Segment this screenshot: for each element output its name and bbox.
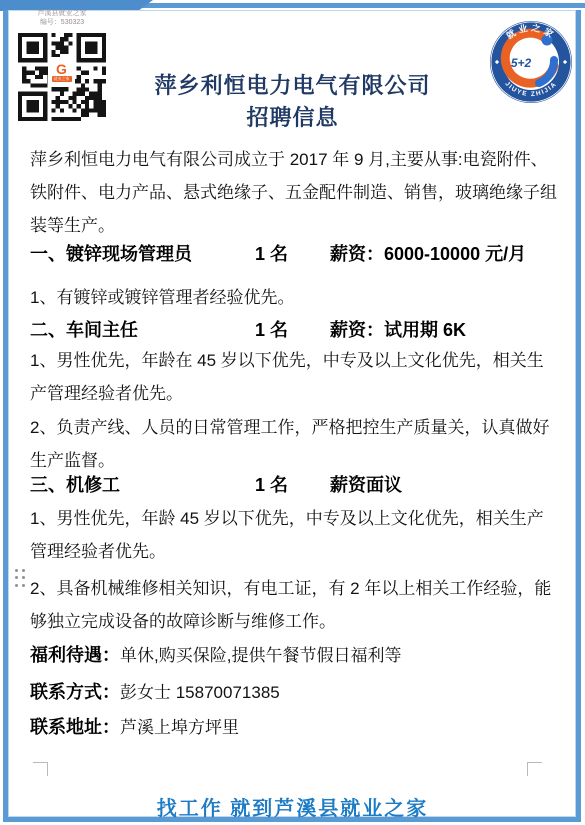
welfare-line: 福利待遇：单休,购买保险,提供午餐节假日福利等 [30, 641, 557, 667]
phone-value: 彭女士 15870071385 [120, 683, 280, 702]
job3-count: 1 名 [255, 471, 330, 497]
job2-title: 二、车间主任 [30, 316, 255, 342]
job2-count: 1 名 [255, 316, 330, 342]
title-recruit-info: 招聘信息 [0, 102, 585, 134]
phone-line: 联系方式：彭女士 15870071385 [30, 678, 557, 704]
paragraph-drag-handle[interactable] [13, 567, 27, 589]
job2-heading: 二、车间主任 1 名 薪资：试用期 6K [30, 316, 557, 342]
job3-heading: 三、机修工 1 名 薪资面议 [30, 471, 557, 497]
qr-label-line1: 芦溪县就业之家 [16, 9, 108, 18]
address-label: 联系地址： [30, 717, 120, 737]
job1-count: 1 名 [255, 240, 330, 266]
job1-detail-1: 1、有镀锌或镀锌管理者经验优先。 [30, 281, 557, 314]
job2-salary: 薪资：试用期 6K [330, 316, 557, 342]
intro-paragraph: 萍乡利恒电力电气有限公司成立于 2017 年 9 月,主要从事:电瓷附件、铁附件… [30, 143, 557, 242]
svg-text:5+2: 5+2 [511, 56, 532, 70]
job3-title: 三、机修工 [30, 471, 255, 497]
margin-corner-mark-right [527, 762, 542, 776]
job2-detail-2: 2、负责产线、人员的日常管理工作，严格把控生产质量关，认真做好生产监督。 [30, 411, 557, 477]
job1-title: 一、镀锌现场管理员 [30, 240, 255, 266]
address-line: 联系地址：芦溪上埠方坪里 [30, 713, 557, 739]
address-value: 芦溪上埠方坪里 [120, 718, 239, 737]
job1-salary: 薪资：6000-10000 元/月 [330, 240, 557, 266]
job3-detail-2: 2、具备机械维修相关知识，有电工证，有 2 年以上相关工作经验，能够独立完成设备… [30, 572, 557, 638]
footer-slogan: 找工作 就到芦溪县就业之家 [0, 792, 585, 821]
job1-heading: 一、镀锌现场管理员 1 名 薪资：6000-10000 元/月 [30, 240, 557, 266]
job3-detail-1: 1、男性优先，年龄 45 岁以下优先，中专及以上文化优先，相关生产管理经验者优先… [30, 502, 557, 568]
phone-label: 联系方式： [30, 682, 120, 702]
job2-detail-1: 1、男性优先，年龄在 45 岁以下优先，中专及以上文化优先，相关生产管理经验者优… [30, 344, 557, 410]
top-band-stripe [140, 3, 585, 8]
qr-label-line2: 编号：530323 [16, 18, 108, 27]
job3-salary: 薪资面议 [330, 471, 557, 497]
margin-corner-mark-left [33, 762, 48, 776]
company-name: 萍乡利恒电力电气有限公司 [0, 70, 585, 102]
page-title: 萍乡利恒电力电气有限公司 招聘信息 [0, 70, 585, 134]
welfare-value: 单休,购买保险,提供午餐节假日福利等 [120, 646, 401, 665]
welfare-label: 福利待遇： [30, 645, 120, 665]
